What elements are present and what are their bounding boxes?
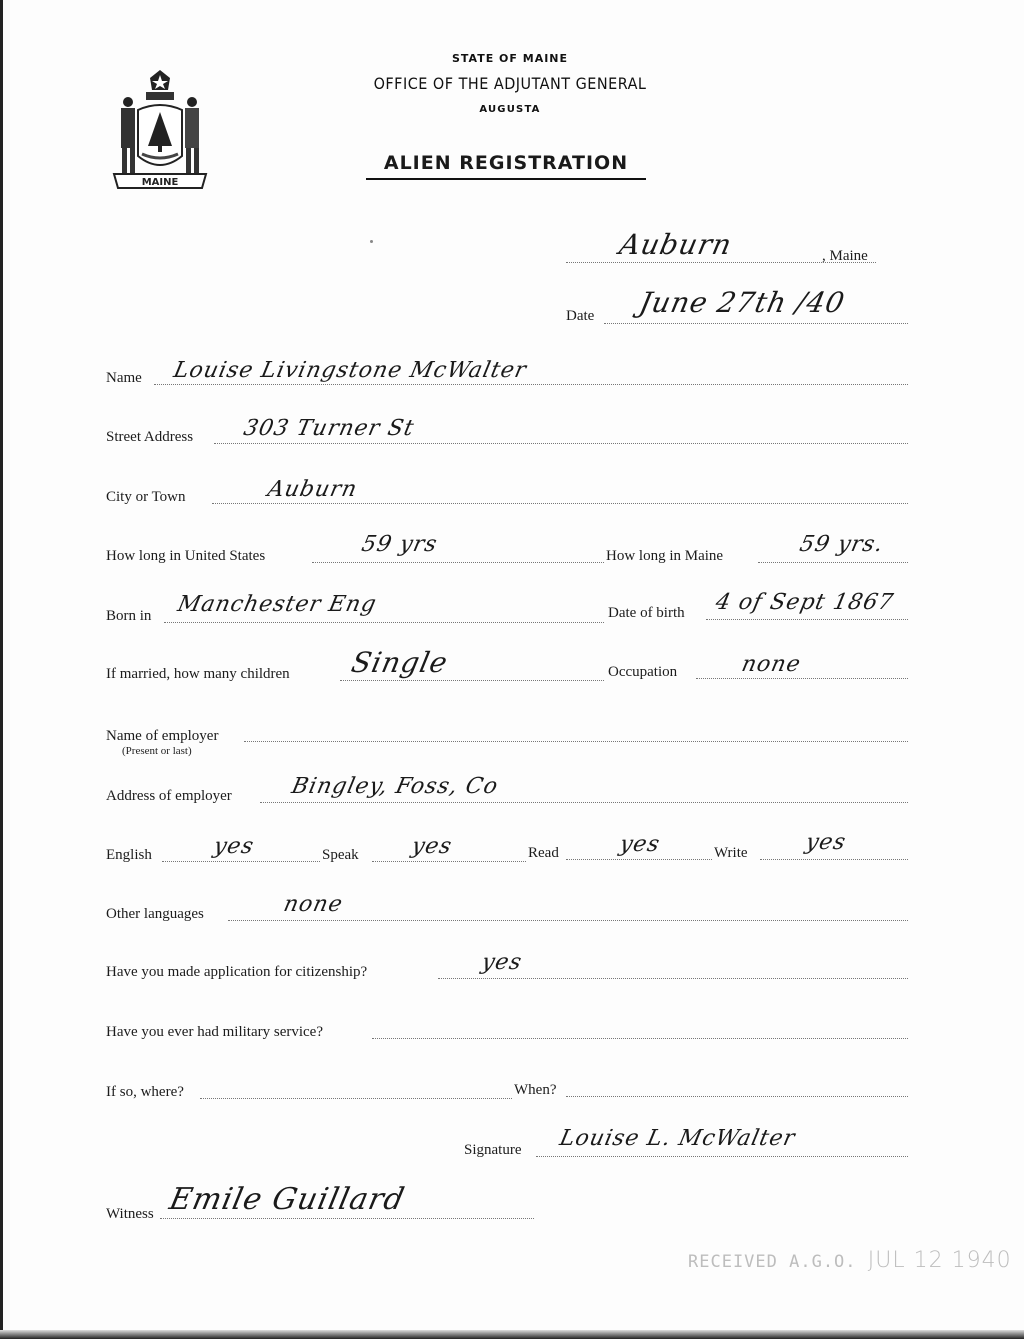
name-value[interactable]: Louise Livingstone McWalter — [171, 358, 529, 383]
other-languages-label: Other languages — [106, 906, 204, 923]
write-value[interactable]: yes — [803, 830, 848, 855]
city-heading: AUGUSTA — [330, 104, 690, 115]
occupation-label: Occupation — [608, 664, 677, 681]
where-label: If so, where? — [106, 1084, 184, 1101]
date-line — [604, 323, 908, 324]
signature-value[interactable]: Louise L. McWalter — [557, 1126, 797, 1151]
read-line — [566, 859, 712, 860]
how-long-us-label: How long in United States — [106, 548, 265, 565]
page-title: ALIEN REGISTRATION — [366, 152, 646, 180]
scan-edge — [0, 0, 3, 1339]
speak-label: Speak — [322, 847, 359, 864]
place-suffix: , Maine — [822, 248, 868, 265]
english-label: English — [106, 847, 152, 864]
date-of-birth-line — [706, 619, 908, 620]
military-service-line[interactable] — [372, 1038, 908, 1039]
how-long-maine-label: How long in Maine — [606, 548, 723, 565]
registration-form-page: MAINE STATE OF MAINE OFFICE OF THE ADJUT… — [0, 0, 1024, 1339]
received-stamp: RECEIVED A.G.O. JUL 12 1940 — [688, 1248, 1012, 1273]
stamp-date: JUL 12 1940 — [868, 1248, 1012, 1273]
date-value[interactable]: June 27th /40 — [636, 286, 848, 319]
how-long-maine-value[interactable]: 59 yrs. — [797, 532, 886, 557]
employer-address-label: Address of employer — [106, 788, 232, 805]
city-line — [212, 503, 908, 504]
scan-edge-bottom — [0, 1330, 1024, 1339]
children-value[interactable]: Single — [348, 646, 451, 679]
office-heading: OFFICE OF THE ADJUTANT GENERAL — [330, 74, 690, 93]
military-service-label: Have you ever had military service? — [106, 1024, 323, 1041]
occupation-value[interactable]: none — [739, 652, 803, 677]
witness-value[interactable]: Emile Guillard — [166, 1182, 408, 1217]
date-label: Date — [566, 308, 594, 325]
employer-name-line[interactable] — [244, 741, 908, 742]
signature-line — [536, 1156, 908, 1157]
speak-line — [372, 861, 526, 862]
read-value[interactable]: yes — [617, 832, 662, 857]
children-label: If married, how many children — [106, 666, 290, 683]
ink-speck — [370, 240, 373, 243]
occupation-line — [696, 678, 908, 679]
born-in-line — [164, 622, 604, 623]
how-long-us-value[interactable]: 59 yrs — [359, 532, 440, 557]
maine-state-seal-icon: MAINE — [108, 66, 212, 194]
employer-address-value[interactable]: Bingley, Foss, Co — [289, 774, 500, 799]
name-label: Name — [106, 370, 142, 387]
other-languages-line — [228, 920, 908, 921]
name-line — [154, 384, 908, 385]
stamp-prefix: RECEIVED A.G.O. — [688, 1252, 857, 1272]
write-line — [760, 859, 908, 860]
date-of-birth-value[interactable]: 4 of Sept 1867 — [713, 590, 896, 615]
english-value[interactable]: yes — [211, 834, 256, 859]
citizenship-value[interactable]: yes — [479, 950, 524, 975]
place-value[interactable]: Auburn — [616, 228, 735, 261]
state-heading: STATE OF MAINE — [330, 52, 690, 65]
how-long-maine-line — [758, 562, 908, 563]
street-address-line — [214, 443, 908, 444]
speak-value[interactable]: yes — [409, 834, 454, 859]
read-label: Read — [528, 845, 559, 862]
children-line — [340, 680, 604, 681]
english-line — [162, 861, 320, 862]
date-of-birth-label: Date of birth — [608, 605, 685, 622]
born-in-value[interactable]: Manchester Eng — [175, 592, 379, 617]
where-line[interactable] — [200, 1098, 512, 1099]
svg-text:MAINE: MAINE — [142, 177, 179, 188]
when-label: When? — [514, 1082, 556, 1099]
citizenship-line — [438, 978, 908, 979]
witness-label: Witness — [106, 1206, 154, 1223]
other-languages-value[interactable]: none — [281, 892, 345, 917]
street-address-label: Street Address — [106, 429, 193, 446]
born-in-label: Born in — [106, 608, 151, 625]
signature-label: Signature — [464, 1142, 522, 1159]
how-long-us-line — [312, 562, 604, 563]
city-label: City or Town — [106, 489, 186, 506]
employer-name-sublabel: (Present or last) — [122, 745, 192, 757]
write-label: Write — [714, 845, 748, 862]
employer-address-line — [260, 802, 908, 803]
when-line[interactable] — [566, 1096, 908, 1097]
city-value[interactable]: Auburn — [265, 477, 359, 502]
citizenship-label: Have you made application for citizenshi… — [106, 964, 367, 981]
employer-name-label: Name of employer — [106, 728, 218, 745]
witness-line — [160, 1218, 534, 1219]
street-address-value[interactable]: 303 Turner St — [241, 416, 416, 441]
